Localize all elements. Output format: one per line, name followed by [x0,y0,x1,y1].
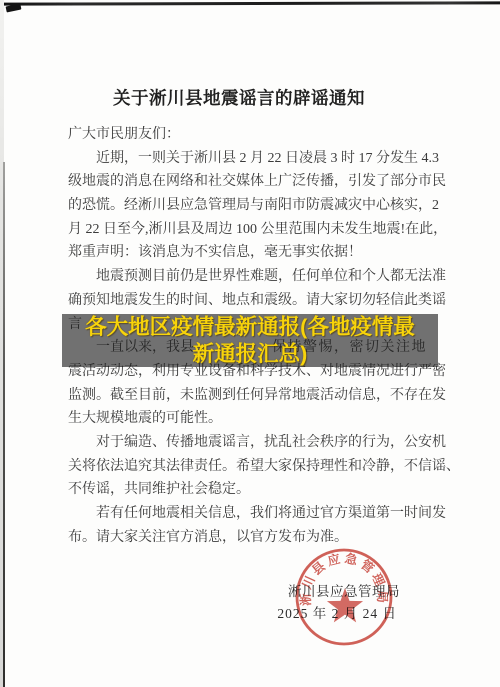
caption-line-2: 新通报汇总) [193,341,308,368]
photo-left-edge-line [3,162,5,687]
body-line: 广大市民朋友们： [68,123,436,147]
body-line: 生大规模地震的可能性。 [68,407,436,431]
body-line: 监测。截至目前，未监测到任何异常地震活动信息，不存在发 [68,384,436,408]
body-line: 近期，一则关于淅川县 2 月 22 日凌晨 3 时 17 分发生 4.3 [68,147,436,171]
body-line: 郑重声明：该消息为不实信息，毫无事实依据！ [68,241,436,265]
body-line: 布。请大家关注官方消息，以官方发布为准。 [68,526,436,550]
caption-overlay-band: 各大地区疫情最新通报(各地疫情最 新通报汇总) [62,314,438,367]
notice-title: 关于淅川县地震谣言的辟谣通知 [0,85,478,110]
photo-top-edge-line [0,1,500,5]
body-line: 地震预测目前仍是世界性难题，任何单位和个人都无法准 [68,265,436,289]
body-line: 若有任何地震相关信息，我们将通过官方渠道第一时间发 [68,502,436,526]
seal-star-icon [327,588,363,622]
body-line: 月 22 日至今,淅川县及周边 100 公里范围内未发生地震!在此， [68,218,436,242]
official-seal-stamp: 淅川县应急管理局 [294,547,394,647]
body-line: 级地震的消息在网络和社交媒体上广泛传播，引发了部分市民 [68,170,436,194]
caption-line-1: 各大地区疫情最新通报(各地疫情最 [85,314,415,341]
body-line: 对于编造、传播地震谣言，扰乱社会秩序的行为，公安机 [68,431,436,455]
body-line: 不传谣，共同维护社会稳定。 [68,478,436,502]
body-line: 关将依法追究其法律责任。希望大家保持理性和冷静，不信谣、 [68,455,436,479]
body-line: 的恐慌。经淅川县应急管理局与南阳市防震减灾中心核实，2 [68,194,436,218]
body-line: 确预知地震发生的时间、地点和震级。请大家切勿轻信此类谣 [68,289,436,313]
